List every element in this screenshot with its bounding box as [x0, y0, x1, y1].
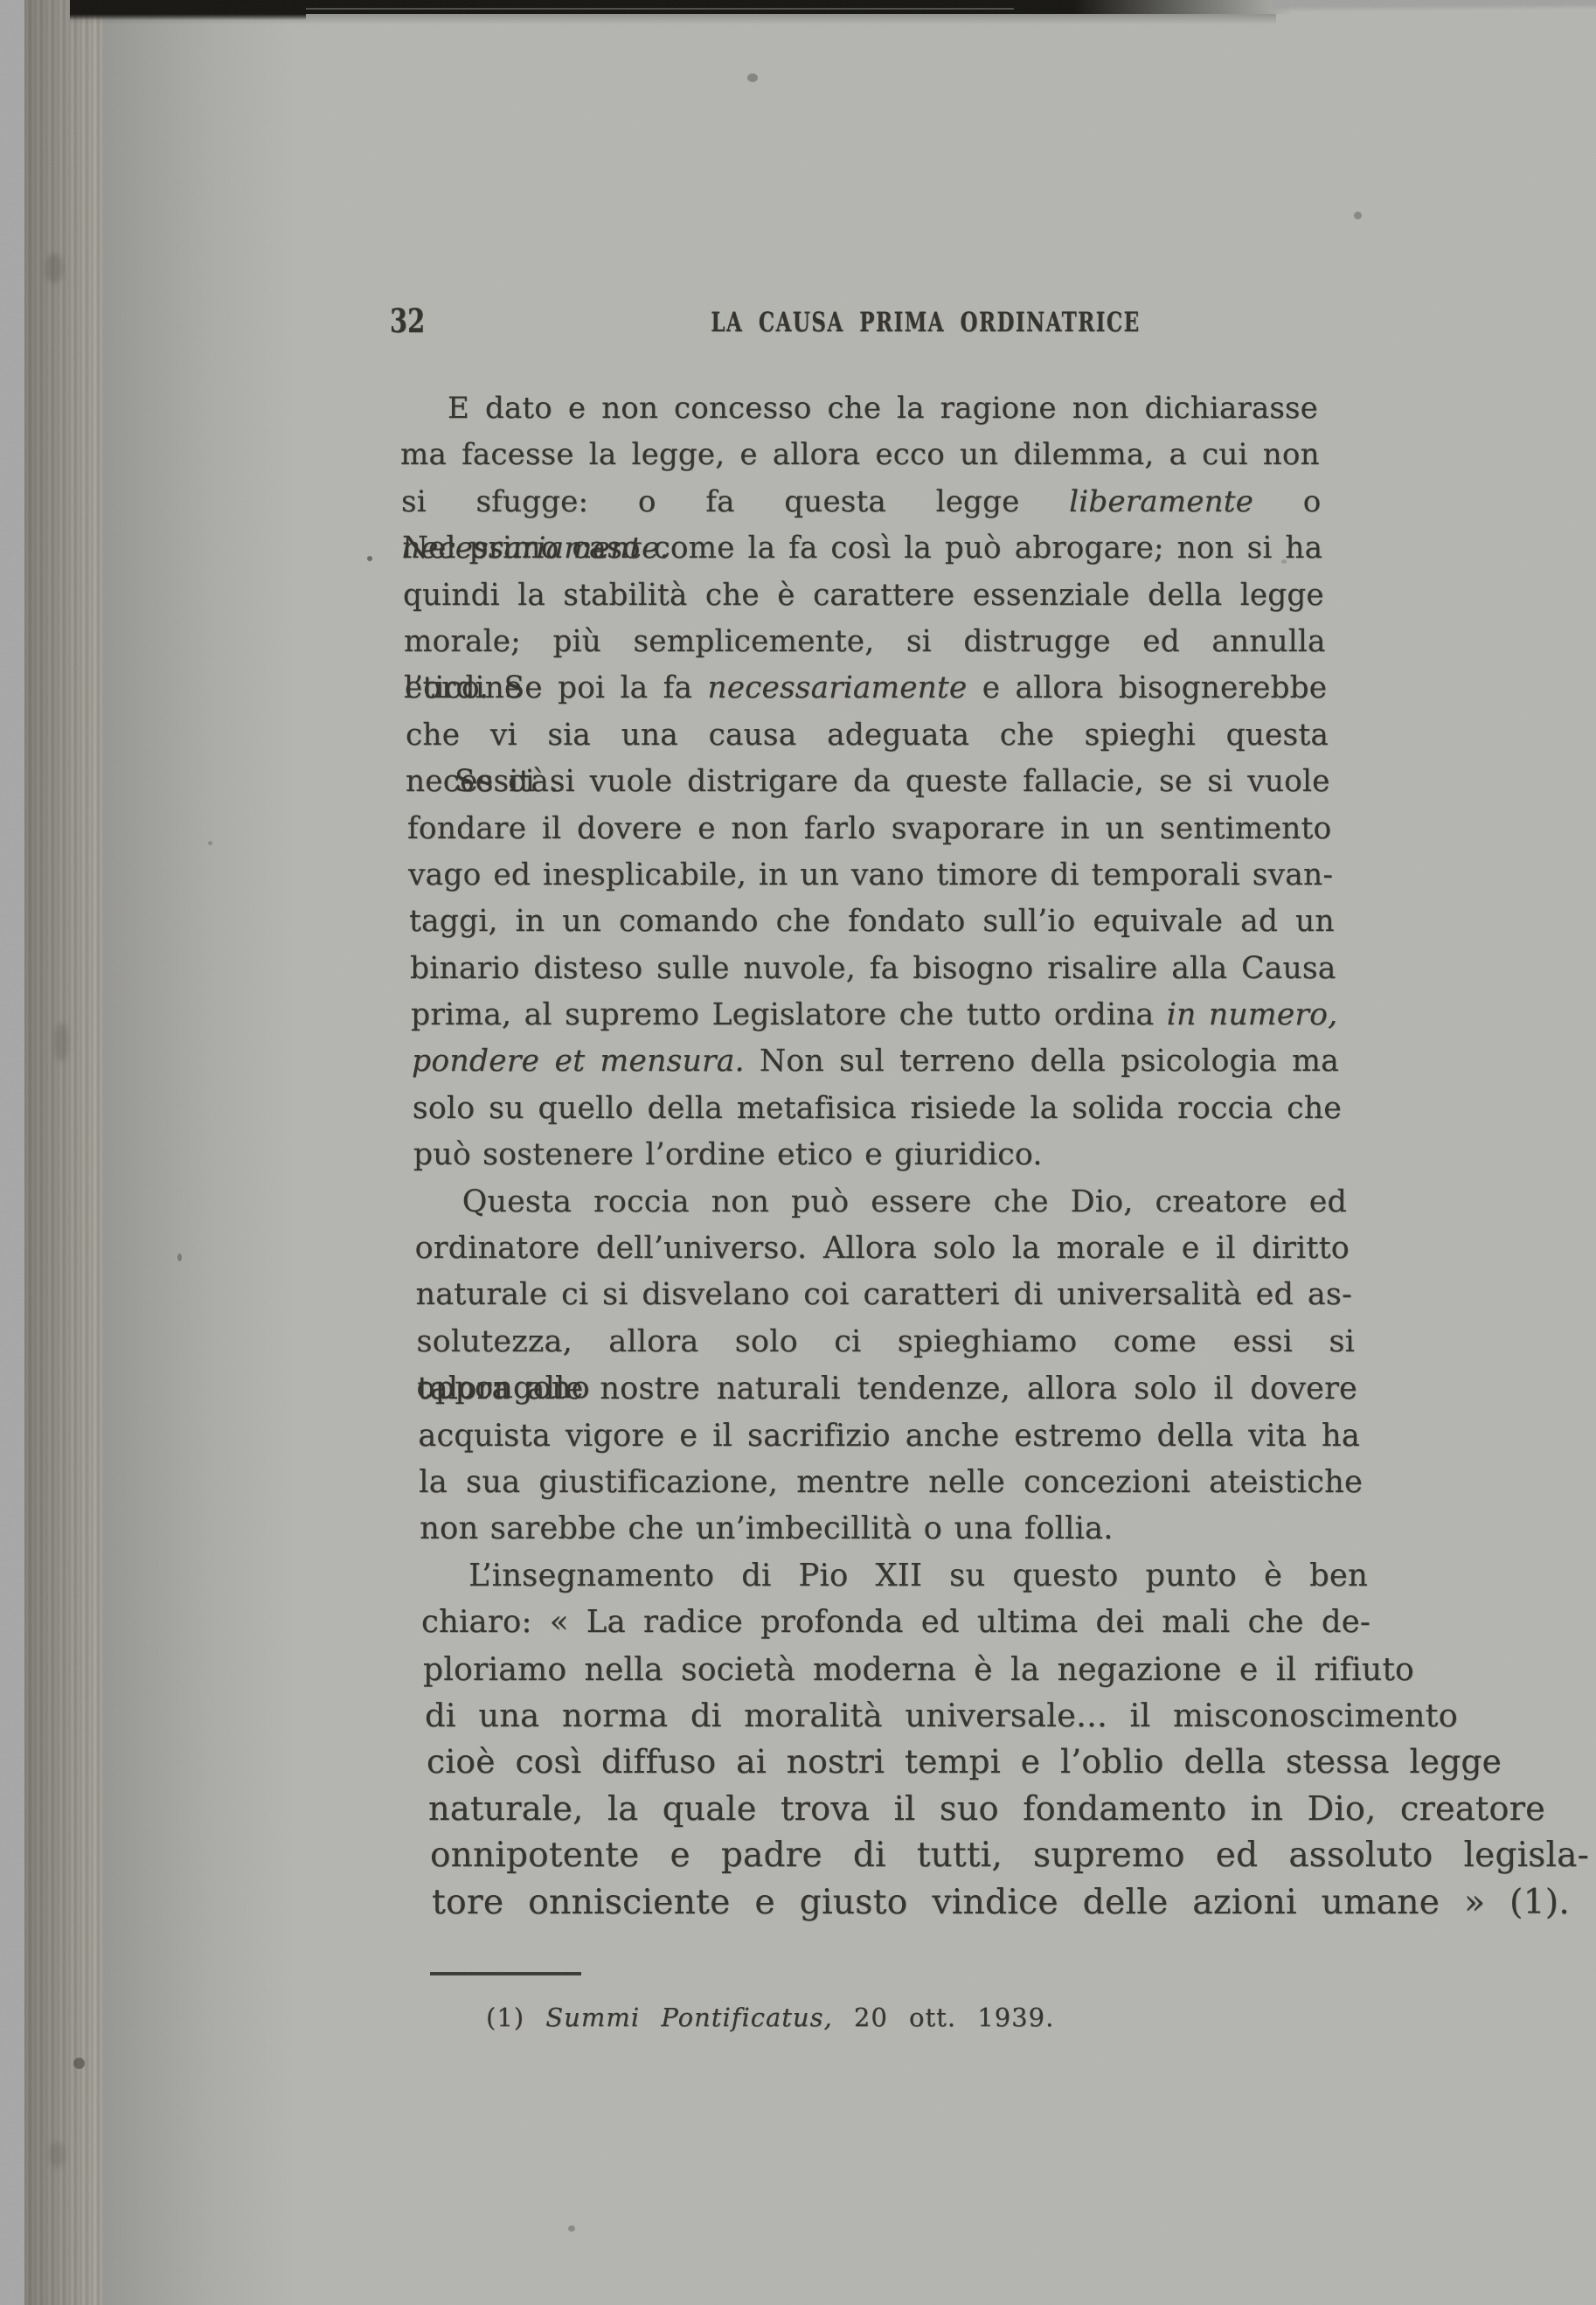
text-line: binario disteso sulle nuvole, fa bisogno…: [410, 946, 1336, 992]
paper-speck: [1281, 559, 1287, 564]
text-line: si sfugge: o fa questa legge liberamente…: [401, 479, 1321, 525]
text-line: acquista vigore e il sacrifizio anche es…: [418, 1413, 1360, 1459]
text-line: onnipotente e padre di tutti, supremo ed…: [430, 1832, 1589, 1878]
text-line: ploriamo nella società moderna è la nega…: [423, 1646, 1414, 1692]
text-line: taggi, in un comando che fondato sull’io…: [409, 899, 1335, 945]
body-text: E dato e non concesso che la ragione non…: [0, 385, 1596, 1926]
text-line: solutezza, allora solo ci spieghiamo com…: [417, 1319, 1356, 1365]
text-line: E dato e non concesso che la ragione non…: [399, 385, 1318, 432]
text-line: può sostenere l’ordine etico e giuridico…: [413, 1132, 1344, 1178]
text-line: etico. Se poi la fa necessariamente e al…: [405, 665, 1327, 712]
text-line: naturale ci si disvelano coi caratteri d…: [416, 1272, 1352, 1318]
page-number: 32: [390, 302, 425, 340]
footnote: (1) Summi Pontificatus, 20 ott. 1939.: [486, 2003, 1054, 2032]
text-line: prima, al supremo Legislatore che tutto …: [411, 992, 1337, 1038]
paper-speck: [568, 2225, 575, 2232]
paper-speck: [747, 73, 758, 82]
paper-speck: [73, 2058, 85, 2069]
paper-smudge: [49, 2142, 65, 2168]
text-line: di una norma di moralità universale... i…: [425, 1692, 1458, 1739]
text-line: quindi la stabilità che è carattere esse…: [403, 573, 1324, 619]
paper-smudge: [45, 253, 63, 283]
running-header: LA CAUSA PRIMA ORDINATRICE: [711, 307, 1140, 338]
footnote-rule: [430, 1972, 581, 1975]
text-line: Nel primo caso come la fa così la può ab…: [402, 525, 1322, 572]
text-line: pondere et mensura. Non sul terreno dell…: [412, 1038, 1339, 1085]
paper-speck: [1354, 212, 1362, 219]
text-line: solo su quello della metafisica risiede …: [413, 1086, 1342, 1132]
paper-speck: [177, 1253, 182, 1261]
text-line: ordinatore dell’universo. Allora solo la…: [415, 1225, 1350, 1272]
text-line: Se ci si vuole distrigare da queste fall…: [406, 759, 1330, 805]
text-line: non sarebbe che un’imbecillità o una fol…: [420, 1505, 1365, 1552]
text-line: ma facesse la legge, e allora ecco un di…: [400, 432, 1320, 478]
text-line: tore onnisciente e giusto vindice delle …: [432, 1879, 1570, 1926]
text-line: morale; più semplicemente, si distrugge …: [404, 619, 1326, 665]
text-line: che vi sia una causa adeguata che spiegh…: [406, 712, 1329, 759]
text-line: talora alle nostre naturali tendenze, al…: [417, 1365, 1357, 1412]
scan-top-edge-shadow: [70, 14, 1276, 24]
text-line: fondare il dovere e non farlo svaporare …: [407, 806, 1331, 852]
text-line: naturale, la quale trova il suo fondamen…: [428, 1786, 1545, 1832]
text-line: la sua giustificazione, mentre nelle con…: [419, 1459, 1363, 1505]
paper-speck: [208, 841, 212, 845]
text-line: vago ed inesplicabile, in un vano timore…: [408, 852, 1333, 899]
text-line: chiaro: « La radice profonda ed ultima d…: [421, 1599, 1370, 1645]
text-line: cioè così diffuso ai nostri tempi e l’ob…: [427, 1739, 1502, 1785]
scanned-book-page: 32 LA CAUSA PRIMA ORDINATRICE E dato e n…: [0, 0, 1596, 2305]
text-line: Questa roccia non può essere che Dio, cr…: [414, 1179, 1347, 1225]
text-line: L’insegnamento di Pio XII su questo punt…: [420, 1552, 1368, 1599]
paper-speck: [367, 556, 372, 561]
